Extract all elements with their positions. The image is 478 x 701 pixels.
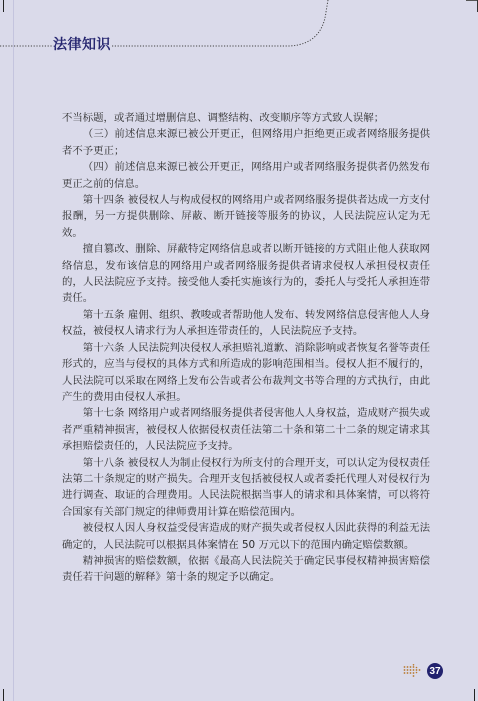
paragraph: 第十五条 雇佣、组织、教唆或者帮助他人发布、转发网络信息侵害他人人身权益，被侵权… bbox=[62, 307, 430, 340]
dotted-arrow-icon bbox=[403, 664, 423, 678]
crop-mark-bottom-right bbox=[474, 689, 478, 701]
paragraph: 不当标题，或者通过增删信息、调整结构、改变顺序等方式致人误解； bbox=[62, 110, 430, 126]
paragraph: （三）前述信息来源已被公开更正，但网络用户拒绝更正或者网络服务提供者不予更正； bbox=[62, 126, 430, 159]
page-footer: 37 bbox=[403, 662, 443, 680]
article-body: 不当标题，或者通过增删信息、调整结构、改变顺序等方式致人误解； （三）前述信息来… bbox=[62, 110, 430, 586]
paragraph: 第十七条 网络用户或者网络服务提供者侵害他人人身权益，造成财产损失或者严重精神损… bbox=[62, 405, 430, 454]
paragraph: 擅自篡改、删除、屏蔽特定网络信息或者以断开链接的方式阻止他人获取网络信息，发布该… bbox=[62, 241, 430, 307]
crop-mark-bottom-left bbox=[0, 689, 4, 701]
paragraph: （四）前述信息来源已被公开更正，网络用户或者网络服务提供者仍然发布更正之前的信息… bbox=[62, 159, 430, 192]
paragraph: 第十八条 被侵权人为制止侵权行为所支付的合理开支，可以认定为侵权责任法第二十条规… bbox=[62, 455, 430, 521]
paragraph: 第十四条 被侵权人与构成侵权的网络用户或者网络服务提供者达成一方支付报酬，另一方… bbox=[62, 192, 430, 241]
section-title: 法律知识 bbox=[52, 34, 112, 54]
page-margin-line bbox=[13, 0, 14, 701]
paragraph: 精神损害的赔偿数额，依据《最高人民法院关于确定民事侵权精神损害赔偿责任若干问题的… bbox=[62, 553, 430, 586]
paragraph: 第十六条 人民法院判决侵权人承担赔礼道歉、消除影响或者恢复名誉等责任形式的，应当… bbox=[62, 340, 430, 406]
page-number-badge: 37 bbox=[427, 663, 443, 679]
paragraph: 被侵权人因人身权益受侵害造成的财产损失或者侵权人因此获得的利益无法确定的，人民法… bbox=[62, 520, 430, 553]
